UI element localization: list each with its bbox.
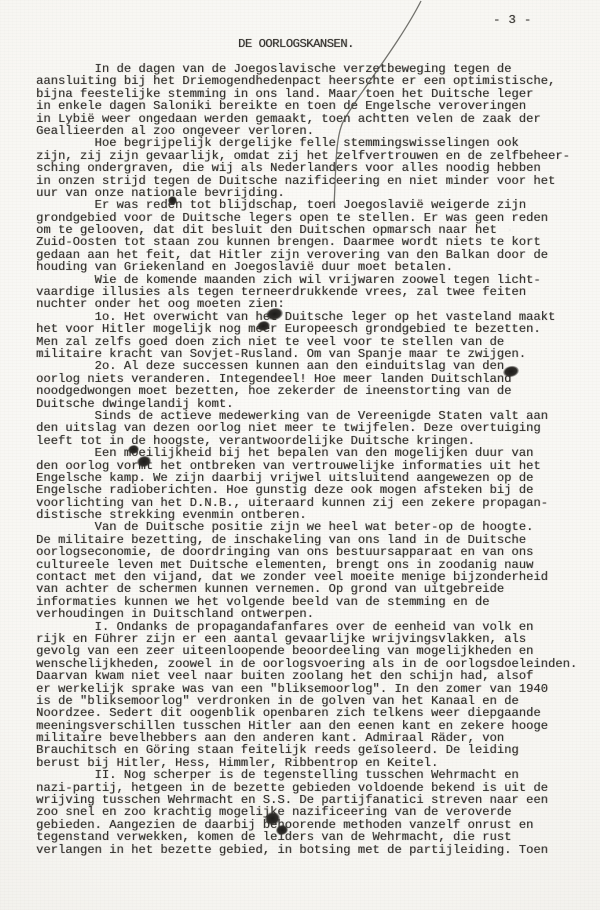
text-line: het voor Hitler mogelijk nog meer Europe… [36,323,592,335]
text-line: Noordzee. Sedert dit oogenblik openbaren… [36,707,592,719]
document-body: In de dagen van de Joegoslavische verzet… [36,63,592,856]
text-line: Er was reden tot blijdschap, toen Joegos… [36,199,592,211]
text-line: houding van Griekenland en Joegoslavië d… [36,261,592,273]
text-line: Engelsche radioberichten. Hoe gunstig de… [36,484,592,496]
text-line: II. Nog scherper is de tegenstelling tus… [36,769,592,781]
text-line: Zuid-Oosten tot staan zou kunnen brengen… [36,236,592,248]
text-line: verhoudingen in Duitschland ontwerpen. [36,608,592,620]
text-line: sching ondergraven, die wij als Nederlan… [36,162,592,174]
text-line: oorlogseconomie, de doordringing van ons… [36,546,592,558]
text-line: noodgedwongen moet bezetten, hoe zekerde… [36,385,592,397]
page-number: - 3 - [493,13,532,27]
text-line: gevolg van een zeer uiteenloopende beoor… [36,645,592,657]
text-line: verlangen in het bezette gebied, in bots… [36,844,592,856]
text-line: Een moeilijkheid bij het bepalen van den… [36,447,592,459]
text-line: aansluiting bij het Driemogendhedenpact … [36,75,592,87]
text-line: zoo snel en zoo krachtig mogelijke nazif… [36,806,592,818]
text-line: Hoe begrijpelijk dergelijke felle stemmi… [36,137,592,149]
text-line: Daarvan kwam niet veel naar buiten zoola… [36,670,592,682]
text-line: tegenstand verwekken, komen de leiders v… [36,831,592,843]
text-line: Van de Duitsche positie zijn we heel wat… [36,521,592,533]
text-line: den uitslag van dezen oorlog niet meer t… [36,422,592,434]
text-line: nuchter onder het oog moeten zien: [36,298,592,310]
text-line: in enkele dagen Saloniki bereikte en toe… [36,100,592,112]
page-title: DE OORLOGSKANSEN. [238,37,354,51]
page: - 3 - DE OORLOGSKANSEN. In de dagen van … [0,0,600,910]
text-line: van achter de schermen kunnen vernemen. … [36,583,592,595]
